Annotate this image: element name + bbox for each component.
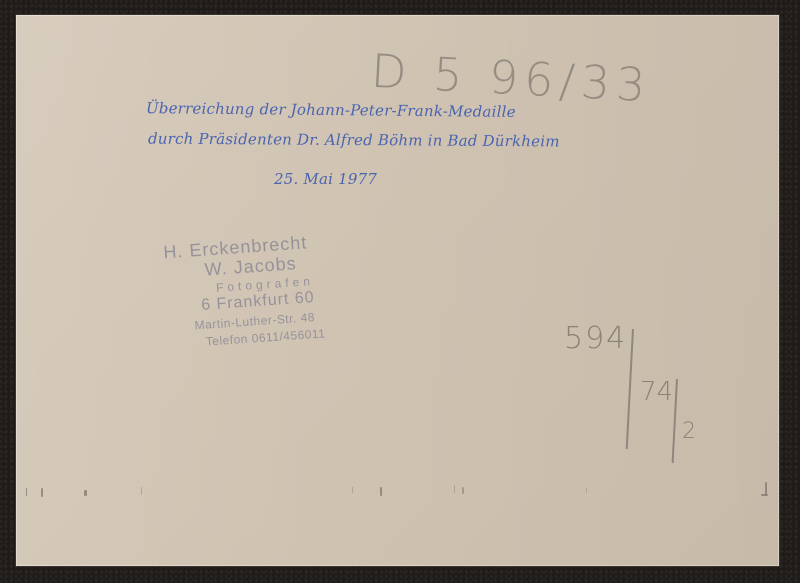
edge-mark (84, 490, 87, 496)
photo-reverse-side: D 5 96/33 Überreichung der Johann-Peter-… (16, 15, 779, 566)
edge-mark (761, 494, 768, 496)
edge-mark (141, 487, 142, 495)
edge-mark (765, 482, 767, 495)
caption-line-1: Überreichung der Johann-Peter-Frank-Meda… (146, 99, 516, 121)
photographer-stamp: H. Erckenbrecht W. Jacobs Fotografen 6 F… (151, 207, 390, 363)
edge-mark (352, 487, 353, 493)
edge-mark (586, 488, 587, 493)
edge-mark (26, 488, 27, 496)
edge-mark (380, 487, 382, 496)
edge-mark (454, 485, 455, 493)
inventory-part-1: 594 (564, 321, 627, 356)
caption-line-2: durch Präsidenten Dr. Alfred Böhm in Bad… (148, 130, 560, 151)
inventory-part-2: 74 (640, 377, 673, 407)
inventory-number-pencil: 594 74 2 (564, 321, 724, 471)
inventory-part-3: 2 (682, 419, 696, 444)
edge-mark (462, 487, 464, 494)
caption-date: 25. Mai 1977 (274, 170, 377, 188)
edge-mark (41, 488, 43, 497)
